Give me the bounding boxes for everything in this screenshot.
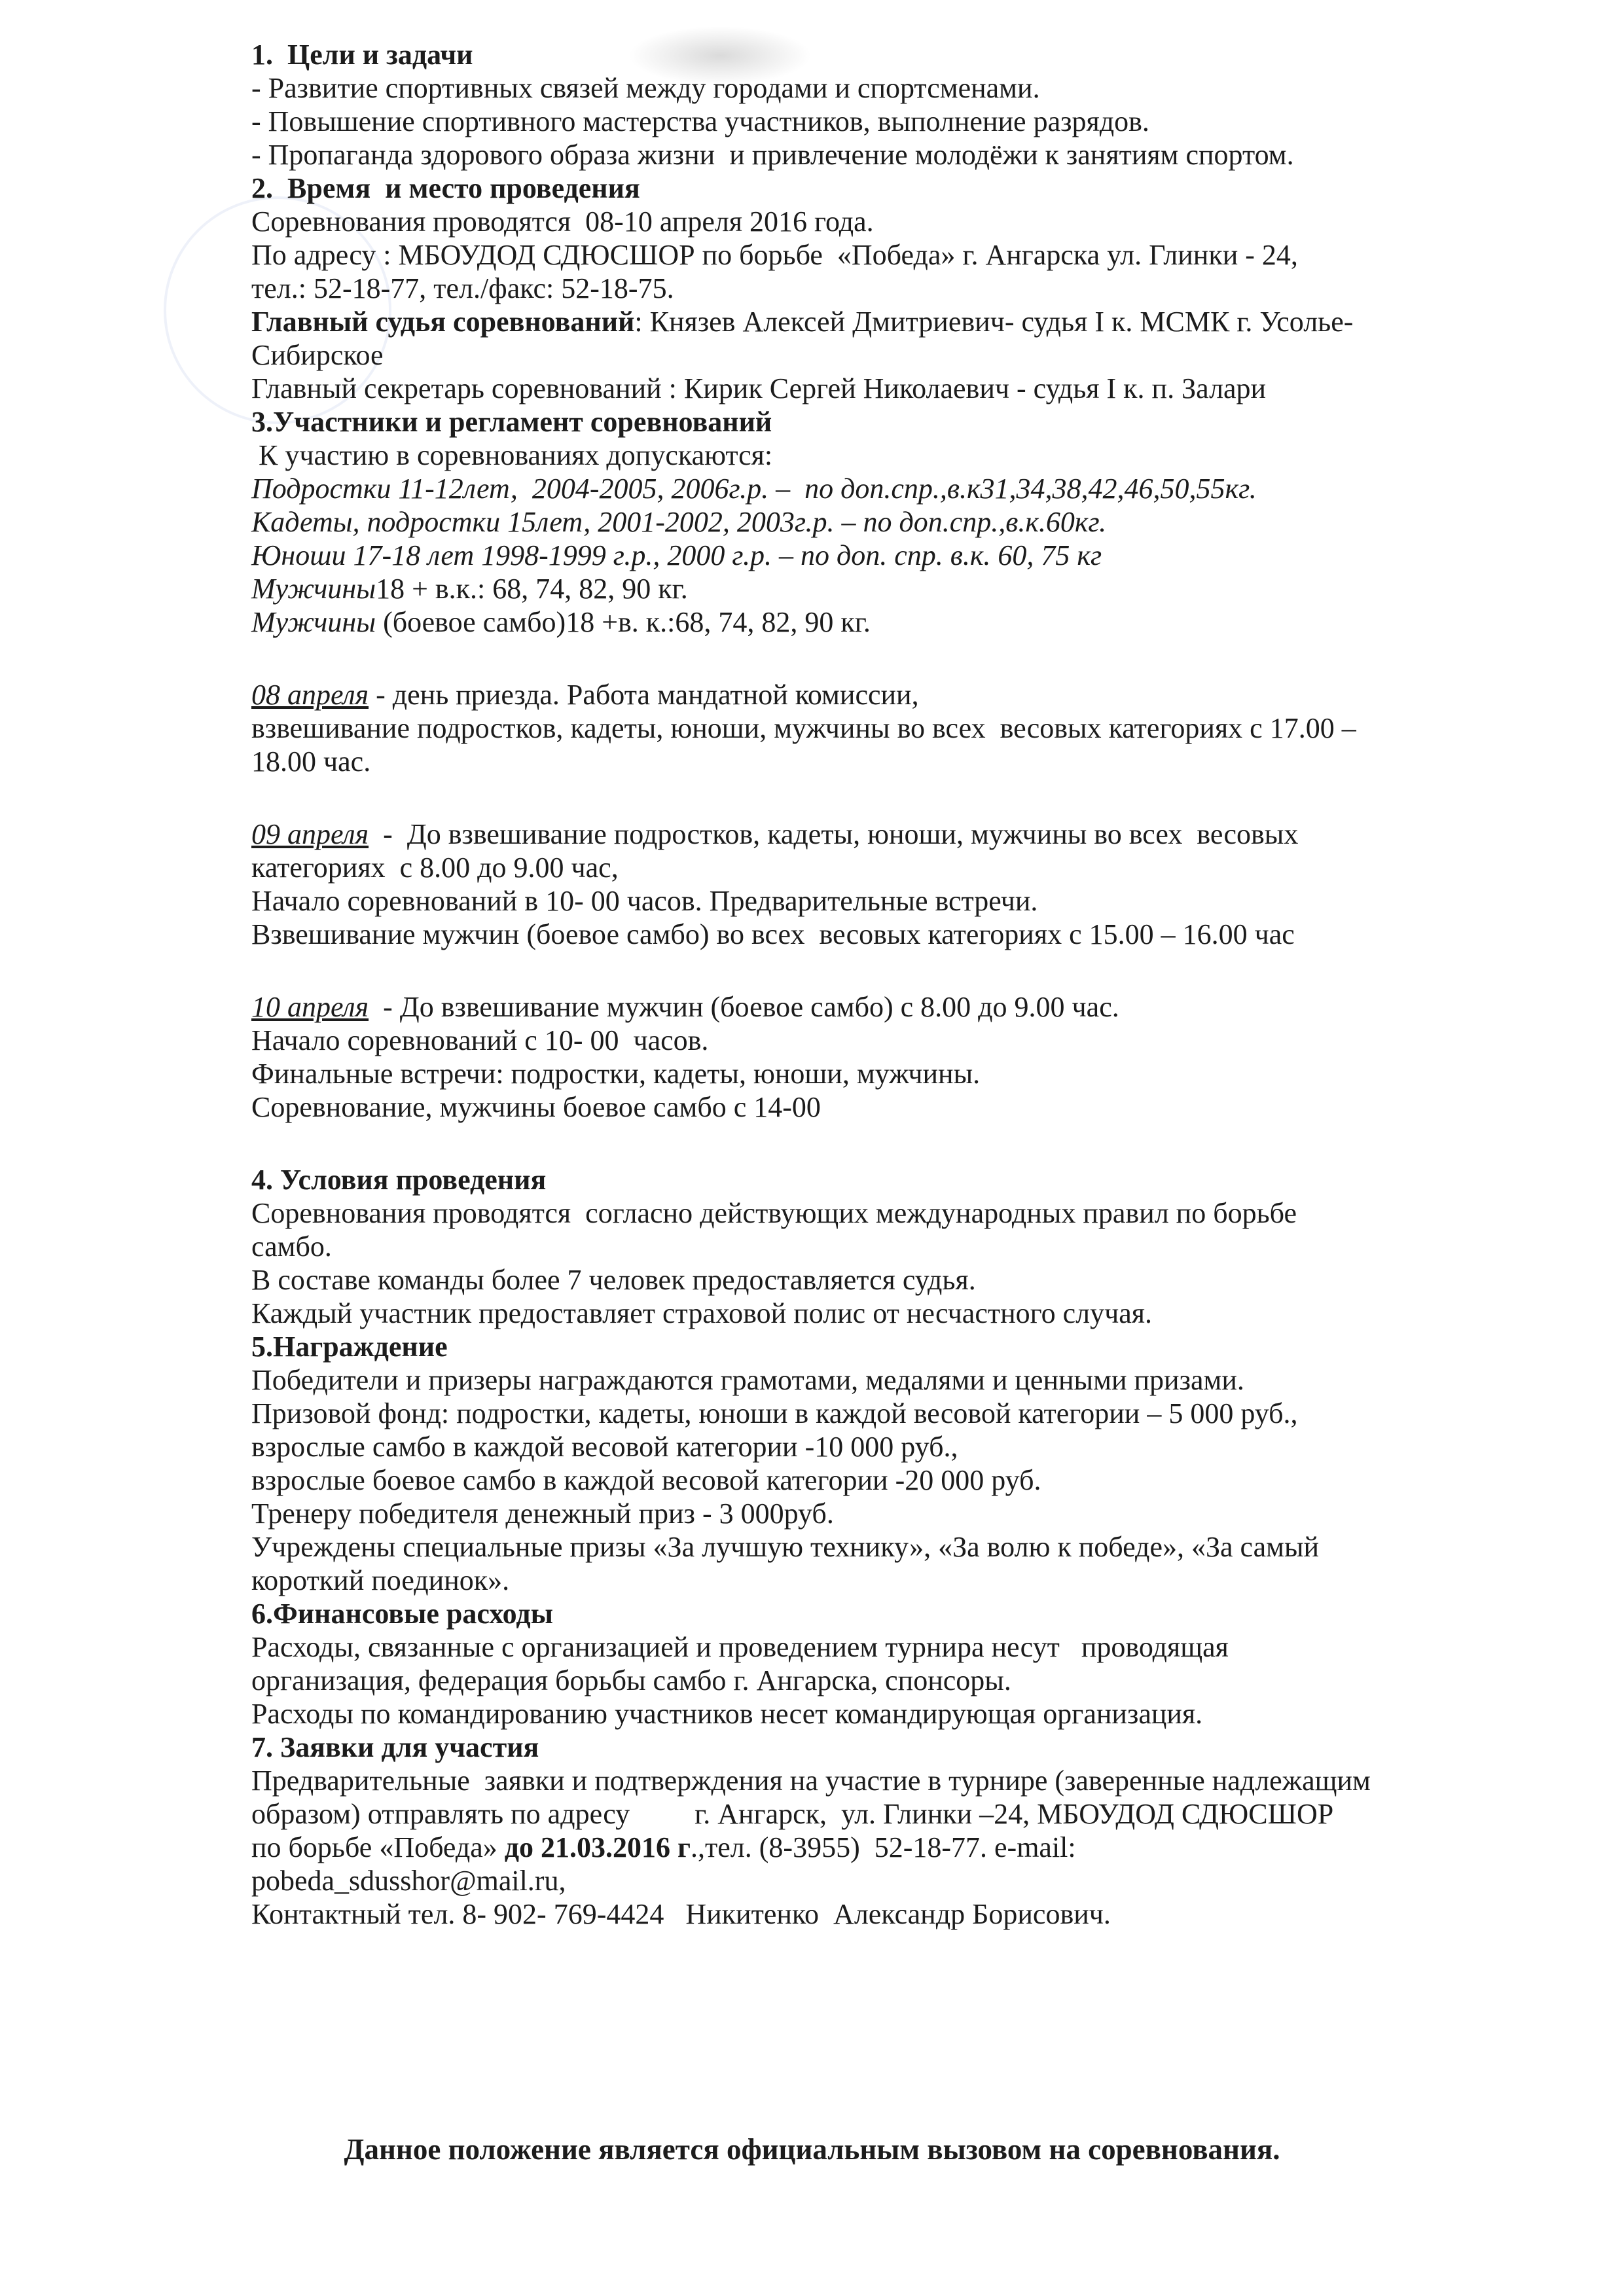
schedule-line: Финальные встречи: подростки, кадеты, юн…: [251, 1057, 1574, 1090]
section-2-title: 2. Время и место проведения: [251, 171, 1574, 205]
goal-item: - Пропаганда здорового образа жизни и пр…: [251, 138, 1574, 171]
condition-line: Соревнования проводятся согласно действу…: [251, 1196, 1574, 1230]
condition-line: Каждый участник предоставляет страховой …: [251, 1297, 1574, 1330]
email-address: pobeda_sdusshor@mail.ru,: [251, 1864, 1574, 1897]
section-6-title: 6.Финансовые расходы: [251, 1597, 1574, 1630]
day-text: - До взвешивание мужчин (боевое самбо) с…: [369, 991, 1119, 1023]
schedule-line: Начало соревнований в 10- 00 часов. Пред…: [251, 884, 1574, 918]
day-date: 10 апреля: [251, 991, 369, 1023]
award-line: короткий поединок».: [251, 1564, 1574, 1597]
application-line: образом) отправлять по адресу г. Ангарск…: [251, 1797, 1574, 1831]
award-line: Победители и призеры награждаются грамот…: [251, 1363, 1574, 1397]
finance-line: Расходы, связанные с организацией и пров…: [251, 1630, 1574, 1664]
award-line: взрослые боевое самбо в каждой весовой к…: [251, 1463, 1574, 1497]
schedule-line: категориях с 8.00 до 9.00 час,: [251, 851, 1574, 884]
day-date: 09 апреля: [251, 818, 369, 850]
section-1-title: 1. Цели и задачи: [251, 38, 1574, 71]
day-date: 08 апреля: [251, 679, 369, 711]
deadline-date: до 21.03.2016 г: [505, 1831, 691, 1863]
day-text: - день приезда. Работа мандатной комисси…: [369, 679, 919, 711]
men-label: Мужчины: [251, 573, 376, 605]
chief-judge-city: Сибирское: [251, 338, 1574, 372]
schedule-day-3: 10 апреля - До взвешивание мужчин (боево…: [251, 990, 1574, 1024]
condition-line: самбо.: [251, 1230, 1574, 1263]
finance-line: организация, федерация борьбы самбо г. А…: [251, 1664, 1574, 1697]
application-line: Предварительные заявки и подтверждения н…: [251, 1764, 1574, 1797]
schedule-line: Взвешивание мужчин (боевое самбо) во все…: [251, 918, 1574, 951]
category-item: Юноши 17-18 лет 1998-1999 г.р., 2000 г.р…: [251, 539, 1574, 572]
section-7-title: 7. Заявки для участия: [251, 1731, 1574, 1764]
goal-item: - Развитие спортивных связей между город…: [251, 71, 1574, 105]
award-line: взрослые самбо в каждой весовой категори…: [251, 1430, 1574, 1463]
section-4-title: 4. Условия проведения: [251, 1163, 1574, 1196]
category-men: Мужчины18 + в.к.: 68, 74, 82, 90 кг.: [251, 572, 1574, 605]
chief-judge-label: Главный судья соревнований: [251, 306, 634, 338]
schedule-line: Начало соревнований с 10- 00 часов.: [251, 1024, 1574, 1057]
goal-item: - Повышение спортивного мастерства участ…: [251, 105, 1574, 138]
deadline-pre: по борьбе «Победа»: [251, 1831, 505, 1863]
category-item: Кадеты, подростки 15лет, 2001-2002, 2003…: [251, 505, 1574, 539]
award-line: Тренеру победителя денежный приз - 3 000…: [251, 1497, 1574, 1530]
schedule-day-1: 08 апреля - день приезда. Работа мандатн…: [251, 678, 1574, 711]
official-call-footer: Данное положение является официальным вы…: [0, 2132, 1624, 2166]
schedule-line: взвешивание подростков, кадеты, юноши, м…: [251, 711, 1574, 745]
section-3-title: 3.Участники и регламент соревнований: [251, 405, 1574, 439]
deadline-post: .,тел. (8-3955) 52-18-77. e-mail:: [691, 1831, 1076, 1863]
condition-line: В составе команды более 7 человек предос…: [251, 1263, 1574, 1297]
category-item: Подростки 11-12лет, 2004-2005, 2006г.р. …: [251, 472, 1574, 505]
participants-intro: К участию в соревнованиях допускаются:: [251, 439, 1574, 472]
schedule-line: 18.00 час.: [251, 745, 1574, 778]
men-text: 18 + в.к.: 68, 74, 82, 90 кг.: [376, 573, 688, 605]
finance-line: Расходы по командированию участников нес…: [251, 1697, 1574, 1731]
regulation-document: 1. Цели и задачи - Развитие спортивных с…: [251, 38, 1574, 1931]
combat-text: (боевое самбо)18 +в. к.:68, 74, 82, 90 к…: [376, 606, 871, 638]
award-line: Призовой фонд: подростки, кадеты, юноши …: [251, 1397, 1574, 1430]
section-5-title: 5.Награждение: [251, 1330, 1574, 1363]
schedule-day-2: 09 апреля - До взвешивание подростков, к…: [251, 817, 1574, 851]
chief-judge-text: : Князев Алексей Дмитриевич- судья I к. …: [634, 306, 1353, 338]
event-address: По адресу : МБОУДОД СДЮСШОР по борьбе «П…: [251, 238, 1574, 272]
event-dates: Соревнования проводятся 08-10 апреля 201…: [251, 205, 1574, 238]
contact-phone: Контактный тел. 8- 902- 769-4424 Никитен…: [251, 1897, 1574, 1931]
chief-judge: Главный судья соревнований: Князев Алекс…: [251, 305, 1574, 338]
chief-secretary: Главный секретарь соревнований : Кирик С…: [251, 372, 1574, 405]
application-deadline: по борьбе «Победа» до 21.03.2016 г.,тел.…: [251, 1831, 1574, 1864]
category-combat-sambo: Мужчины (боевое самбо)18 +в. к.:68, 74, …: [251, 605, 1574, 639]
event-phones: тел.: 52-18-77, тел./факс: 52-18-75.: [251, 272, 1574, 305]
schedule-line: Соревнование, мужчины боевое самбо с 14-…: [251, 1090, 1574, 1124]
day-text: - До взвешивание подростков, кадеты, юно…: [369, 818, 1298, 850]
combat-label: Мужчины: [251, 606, 376, 638]
award-line: Учреждены специальные призы «За лучшую т…: [251, 1530, 1574, 1564]
